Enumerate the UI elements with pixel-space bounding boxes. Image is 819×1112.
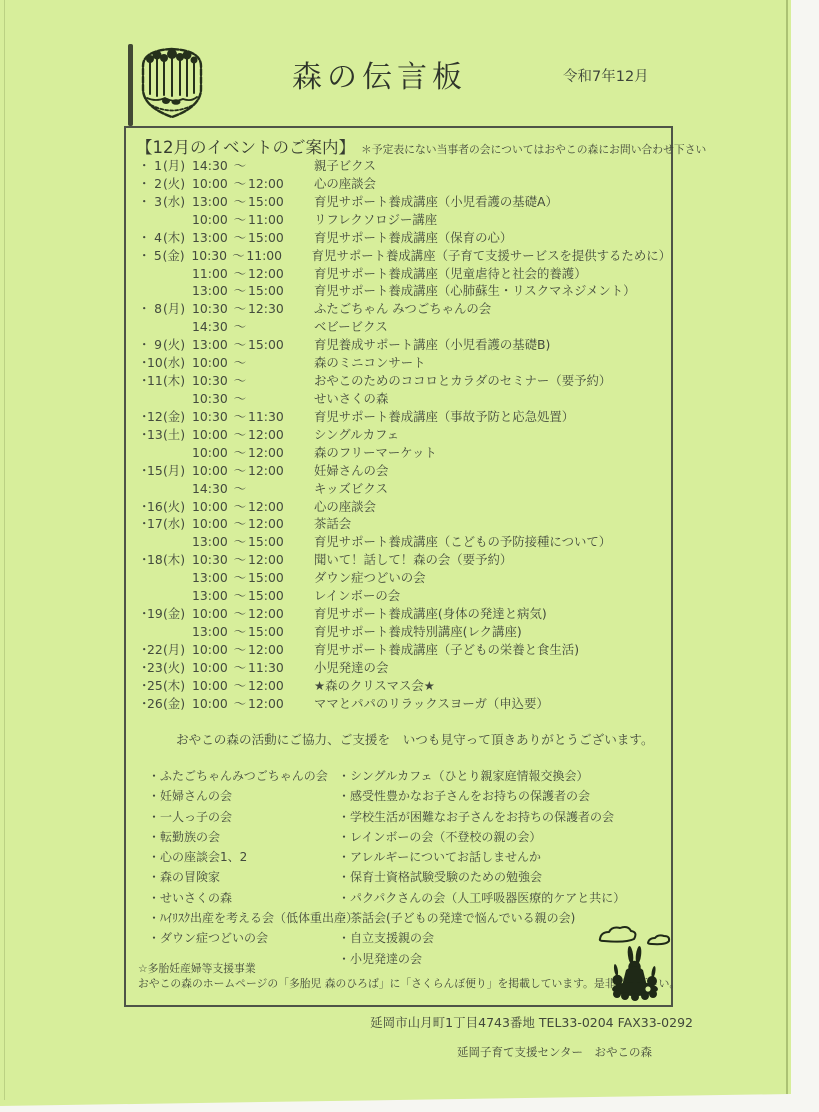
row-tilde: ～ [231, 247, 247, 265]
row-day: 5 [147, 247, 162, 265]
row-event-title: 森のフリーマーケット [314, 444, 437, 462]
schedule-row: ・22(月)10:00～12:00育児サポート養成講座（子どもの栄養と食生活) [126, 641, 671, 659]
row-day: 8 [147, 300, 162, 318]
row-end-time: 12:00 [248, 498, 288, 516]
row-weekday: (火) [162, 498, 186, 516]
row-event-title: 育児サポート養成講座（子育て支援サービスを提供するために） [312, 247, 671, 265]
row-end-time: 15:00 [248, 193, 288, 211]
row-bullet: ・ [138, 336, 147, 354]
row-event-title: 心の座談会 [314, 498, 376, 516]
row-tilde: ～ [232, 175, 248, 193]
row-end-time: 12:00 [248, 462, 288, 480]
row-event-title: せいさくの森 [314, 390, 388, 408]
row-tilde: ～ [232, 695, 248, 713]
row-day: 23 [147, 659, 162, 677]
row-event-title: 育児サポート養成講座（こどもの予防接種について） [314, 533, 611, 551]
schedule-row: 13:00～15:00レインボーの会 [126, 587, 671, 605]
row-day: 1 [147, 157, 162, 175]
scan-artifact-streak [128, 44, 133, 126]
row-tilde: ～ [232, 605, 248, 623]
group-item: ・自立支援親の会 [338, 928, 625, 948]
row-tilde: ～ [232, 157, 248, 175]
row-event-title: 育児サポート養成講座（心肺蘇生・リスクマネジメント） [314, 282, 636, 300]
group-item: ・ﾊｲﾘｽｸ出産を考える会（低体重出産） [148, 908, 358, 928]
paper-right-edge [786, 0, 788, 1094]
schedule-row: 13:00～15:00育児サポート養成特別講座(レク講座) [126, 623, 671, 641]
row-event-title: ベビービクス [314, 318, 388, 336]
schedule-row: ・26(金)10:00～12:00ママとパパのリラックスヨーガ（申込要） [126, 695, 671, 713]
row-event-title: 心の座談会 [314, 175, 376, 193]
row-tilde: ～ [232, 641, 248, 659]
row-event-title: 聞いて！話して！森の会（要予約） [314, 551, 512, 569]
row-day: 10 [147, 354, 162, 372]
row-day: 22 [147, 641, 162, 659]
row-start-time: 13:00 [192, 336, 232, 354]
row-end-time: 15:00 [248, 336, 288, 354]
group-list-right: ・シングルカフェ（ひとり親家庭情報交換会）・感受性豊かなお子さんをお持ちの保護者… [338, 766, 625, 969]
row-weekday: (土) [162, 426, 186, 444]
row-tilde: ～ [232, 659, 248, 677]
row-start-time: 10:00 [192, 175, 232, 193]
row-event-title: 育児サポート養成講座（小児看護の基礎A） [314, 193, 558, 211]
row-weekday: (水) [162, 193, 186, 211]
row-end-time: 12:00 [248, 426, 288, 444]
schedule-row: ・18(木)10:30～12:00聞いて！話して！森の会（要予約） [126, 551, 671, 569]
row-tilde: ～ [232, 515, 248, 533]
schedule-row: ・8(月)10:30～12:30ふたごちゃん みつごちゃんの会 [126, 300, 671, 318]
row-start-time: 10:00 [192, 605, 232, 623]
row-bullet: ・ [138, 605, 147, 623]
issue-date: 令和7年12月 [563, 65, 649, 86]
row-weekday: (金) [162, 408, 186, 426]
schedule-row: 10:00～11:00リフレクソロジー講座 [126, 211, 671, 229]
group-item: ・感受性豊かなお子さんをお持ちの保護者の会 [338, 786, 625, 806]
schedule-row: ・15(月)10:00～12:00妊婦さんの会 [126, 462, 671, 480]
row-weekday: (金) [162, 605, 186, 623]
schedule-row: ・16(火)10:00～12:00心の座談会 [126, 498, 671, 516]
row-bullet: ・ [138, 498, 147, 516]
row-end-time: 11:30 [248, 659, 288, 677]
row-event-title: ママとパパのリラックスヨーガ（申込要） [314, 695, 549, 713]
row-bullet: ・ [138, 515, 147, 533]
row-end-time: 12:00 [248, 515, 288, 533]
row-weekday: (火) [162, 336, 186, 354]
row-day: 15 [147, 462, 162, 480]
group-item: ・妊婦さんの会 [148, 786, 358, 806]
row-start-time: 10:30 [191, 247, 230, 265]
row-event-title: キッズビクス [314, 480, 388, 498]
row-bullet: ・ [138, 551, 147, 569]
row-day: 9 [147, 336, 162, 354]
row-tilde: ～ [232, 336, 248, 354]
row-start-time: 10:00 [192, 444, 232, 462]
schedule-row: ・23(火)10:00～11:30小児発達の会 [126, 659, 671, 677]
row-weekday: (木) [162, 677, 186, 695]
event-schedule-box: 【12月のイベントのご案内】＊予定表にない当事者の会についてはおやこの森にお問い… [124, 126, 673, 1007]
row-start-time: 14:30 [192, 318, 232, 336]
row-event-title: ふたごちゃん みつごちゃんの会 [314, 300, 491, 318]
row-tilde: ～ [232, 390, 248, 408]
row-weekday: (月) [162, 157, 186, 175]
row-tilde: ～ [232, 211, 248, 229]
row-day: 26 [147, 695, 162, 713]
row-tilde: ～ [232, 282, 248, 300]
row-bullet: ・ [138, 300, 147, 318]
row-day: 2 [147, 175, 162, 193]
row-event-title: レインボーの会 [314, 587, 400, 605]
group-item: ・ダウン症つどいの会 [148, 928, 358, 948]
schedule-row: ・25(木)10:00～12:00★森のクリスマス会★ [126, 677, 671, 695]
schedule-row: ・4(木)13:00～15:00育児サポート養成講座（保育の心） [126, 229, 671, 247]
row-weekday: (月) [162, 300, 186, 318]
row-tilde: ～ [232, 569, 248, 587]
row-event-title: 親子ビクス [314, 157, 376, 175]
schedule-row: ・10(水)10:00～森のミニコンサート [126, 354, 671, 372]
row-end-time: 15:00 [248, 623, 288, 641]
row-start-time: 10:00 [192, 677, 232, 695]
row-bullet: ・ [138, 659, 147, 677]
row-end-time: 12:00 [248, 444, 288, 462]
schedule-row: ・3(水)13:00～15:00育児サポート養成講座（小児看護の基礎A） [126, 193, 671, 211]
row-bullet: ・ [138, 408, 147, 426]
schedule-row: ・2(火)10:00～12:00心の座談会 [126, 175, 671, 193]
row-event-title: ダウン症つどいの会 [314, 569, 426, 587]
schedule-row: ・13(土)10:00～12:00シングルカフェ [126, 426, 671, 444]
row-start-time: 10:00 [192, 462, 232, 480]
row-bullet: ・ [138, 695, 147, 713]
row-event-title: ★森のクリスマス会★ [314, 677, 435, 695]
row-start-time: 10:00 [192, 354, 232, 372]
row-weekday: (水) [162, 354, 186, 372]
group-item: ・せいさくの森 [148, 888, 358, 908]
group-item: ・レインボーの会（不登校の親の会） [338, 827, 625, 847]
row-start-time: 13:00 [192, 229, 232, 247]
schedule-row: 11:00～12:00育児サポート養成講座（児童虐待と社会的養護） [126, 265, 671, 283]
row-bullet: ・ [138, 641, 147, 659]
row-end-time: 12:00 [248, 641, 288, 659]
row-end-time: 12:00 [248, 551, 288, 569]
schedule-header: 【12月のイベントのご案内】＊予定表にない当事者の会についてはおやこの森にお問い… [136, 134, 706, 158]
row-end-time: 12:00 [248, 175, 288, 193]
schedule-row: ・12(金)10:30～11:30育児サポート養成講座（事故予防と応急処置） [126, 408, 671, 426]
row-start-time: 13:00 [192, 533, 232, 551]
row-bullet: ・ [138, 354, 147, 372]
group-item: ・茶話会(子どもの発達で悩んでいる親の会) [338, 908, 625, 928]
schedule-row: ・5(金)10:30～11:00育児サポート養成講座（子育て支援サービスを提供す… [126, 247, 671, 265]
schedule-row: 14:30～キッズビクス [126, 480, 671, 498]
row-start-time: 14:30 [192, 157, 232, 175]
row-end-time: 15:00 [248, 282, 288, 300]
row-event-title: シングルカフェ [314, 426, 399, 444]
schedule-row: 10:00～12:00森のフリーマーケット [126, 444, 671, 462]
row-day: 11 [147, 372, 162, 390]
group-item: ・学校生活が困難なお子さんをお持ちの保護者の会 [338, 807, 625, 827]
row-weekday: (木) [162, 229, 186, 247]
row-tilde: ～ [232, 462, 248, 480]
row-start-time: 10:00 [192, 641, 232, 659]
row-weekday: (木) [162, 551, 186, 569]
row-day: 3 [147, 193, 162, 211]
row-start-time: 14:30 [192, 480, 232, 498]
row-tilde: ～ [232, 408, 248, 426]
row-day: 16 [147, 498, 162, 516]
page-title: 森の伝言板 [292, 52, 467, 96]
group-item: ・シングルカフェ（ひとり親家庭情報交換会） [338, 766, 625, 786]
row-event-title: 妊婦さんの会 [314, 462, 388, 480]
row-tilde: ～ [232, 623, 248, 641]
row-event-title: リフレクソロジー講座 [314, 211, 437, 229]
row-end-time: 15:00 [248, 569, 288, 587]
schedule-row: ・11(木)10:30～おやこのためのココロとカラダのセミナー（要予約） [126, 372, 671, 390]
group-item: ・転勤族の会 [148, 827, 358, 847]
row-bullet: ・ [138, 462, 147, 480]
row-start-time: 10:00 [192, 426, 232, 444]
row-tilde: ～ [232, 498, 248, 516]
row-event-title: 育児養成サポート講座（小児看護の基礎B) [314, 336, 550, 354]
row-weekday: (水) [162, 515, 186, 533]
row-event-title: 森のミニコンサート [314, 354, 426, 372]
row-event-title: 育児サポート養成講座（子どもの栄養と食生活) [314, 641, 579, 659]
row-event-title: 育児サポート養成講座（保育の心） [314, 229, 512, 247]
scanned-paper: 森の伝言板 令和7年12月 【12月のイベントのご案内】＊予定表にない当事者の会… [0, 0, 791, 1112]
row-start-time: 13:00 [192, 587, 232, 605]
row-end-time: 15:00 [248, 587, 288, 605]
schedule-row: 13:00～15:00育児サポート養成講座（心肺蘇生・リスクマネジメント） [126, 282, 671, 300]
row-event-title: 育児サポート養成特別講座(レク講座) [314, 623, 522, 641]
row-start-time: 13:00 [192, 193, 232, 211]
row-start-time: 10:30 [192, 300, 232, 318]
row-bullet: ・ [138, 175, 147, 193]
row-end-time: 15:00 [248, 229, 288, 247]
group-item: ・パクパクさんの会（人工呼吸器医療的ケアと共に） [338, 888, 625, 908]
row-day: 17 [147, 515, 162, 533]
row-weekday: (火) [162, 175, 186, 193]
row-day: 18 [147, 551, 162, 569]
row-tilde: ～ [232, 300, 248, 318]
row-start-time: 10:30 [192, 390, 232, 408]
row-bullet: ・ [138, 426, 147, 444]
row-tilde: ～ [232, 354, 248, 372]
row-start-time: 10:00 [192, 659, 232, 677]
row-event-title: 育児サポート養成講座（事故予防と応急処置） [314, 408, 574, 426]
row-start-time: 11:00 [192, 265, 232, 283]
footer-address: 延岡市山月町1丁目4743番地 TEL33-0204 FAX33-0292 [0, 1013, 693, 1031]
schedule-heading: 【12月のイベントのご案内】 [136, 138, 355, 157]
row-end-time: 15:00 [248, 533, 288, 551]
row-tilde: ～ [232, 318, 248, 336]
row-end-time: 11:00 [248, 211, 288, 229]
row-end-time: 11:30 [248, 408, 288, 426]
row-start-time: 13:00 [192, 569, 232, 587]
row-start-time: 10:00 [192, 498, 232, 516]
rabbit-stamp-icon [592, 922, 678, 1004]
row-bullet: ・ [138, 677, 147, 695]
group-list-left: ・ふたごちゃんみつごちゃんの会・妊婦さんの会・一人っ子の会・転勤族の会・心の座談… [148, 766, 358, 949]
row-weekday: (月) [162, 641, 186, 659]
row-event-title: 育児サポート養成講座(身体の発達と病気) [314, 605, 547, 623]
row-tilde: ～ [232, 372, 248, 390]
row-day: 19 [147, 605, 162, 623]
schedule-row: ・9(火)13:00～15:00育児養成サポート講座（小児看護の基礎B) [126, 336, 671, 354]
row-start-time: 10:30 [192, 408, 232, 426]
row-tilde: ～ [232, 551, 248, 569]
row-tilde: ～ [232, 229, 248, 247]
row-start-time: 10:00 [192, 515, 232, 533]
row-weekday: (木) [162, 372, 186, 390]
schedule-row: ・19(金)10:00～12:00育児サポート養成講座(身体の発達と病気) [126, 605, 671, 623]
footer-organization: 延岡子育て支援センター おやこの森 [0, 1044, 652, 1060]
row-weekday: (金) [162, 695, 186, 713]
row-start-time: 10:00 [192, 695, 232, 713]
row-start-time: 13:00 [192, 282, 232, 300]
group-item: ・アレルギーについてお話しませんか [338, 847, 625, 867]
scan-edge-line [4, 0, 5, 1100]
row-end-time: 11:00 [246, 247, 285, 265]
row-tilde: ～ [232, 193, 248, 211]
schedule-row: ・17(水)10:00～12:00茶話会 [126, 515, 671, 533]
thanks-message: おやこの森の活動にご協力、ご支援を いつも見守って頂きありがとうございます。 [176, 729, 654, 748]
row-tilde: ～ [232, 533, 248, 551]
schedule-row: 10:30～せいさくの森 [126, 390, 671, 408]
row-start-time: 10:30 [192, 372, 232, 390]
row-day: 13 [147, 426, 162, 444]
row-day: 4 [147, 229, 162, 247]
row-start-time: 13:00 [192, 623, 232, 641]
group-item: ・保育士資格試験受験のための勉強会 [338, 867, 625, 887]
row-event-title: 茶話会 [314, 515, 351, 533]
row-end-time: 12:00 [248, 265, 288, 283]
row-tilde: ～ [232, 587, 248, 605]
row-end-time: 12:00 [248, 605, 288, 623]
schedule-row: 13:00～15:00育児サポート養成講座（こどもの予防接種について） [126, 533, 671, 551]
row-end-time: 12:30 [248, 300, 288, 318]
row-bullet: ・ [138, 247, 147, 265]
schedule-rows: ・1(月)14:30～親子ビクス・2(火)10:00～12:00心の座談会・3(… [126, 157, 671, 713]
row-tilde: ～ [232, 426, 248, 444]
row-end-time: 12:00 [248, 695, 288, 713]
row-weekday: (金) [162, 247, 186, 265]
row-tilde: ～ [232, 444, 248, 462]
group-item: ・ふたごちゃんみつごちゃんの会 [148, 766, 358, 786]
row-day: 12 [147, 408, 162, 426]
row-event-title: おやこのためのココロとカラダのセミナー（要予約） [314, 372, 611, 390]
row-tilde: ～ [232, 480, 248, 498]
row-bullet: ・ [138, 229, 147, 247]
group-item: ・森の冒険家 [148, 867, 358, 887]
row-weekday: (火) [162, 659, 186, 677]
row-tilde: ～ [232, 265, 248, 283]
group-item: ・心の座談会1、2 [148, 847, 358, 867]
row-start-time: 10:30 [192, 551, 232, 569]
forest-stamp-icon [136, 46, 208, 120]
row-weekday: (月) [162, 462, 186, 480]
row-event-title: 育児サポート養成講座（児童虐待と社会的養護） [314, 265, 587, 283]
row-bullet: ・ [138, 372, 147, 390]
group-item: ・一人っ子の会 [148, 807, 358, 827]
row-tilde: ～ [232, 677, 248, 695]
schedule-row: 14:30～ベビービクス [126, 318, 671, 336]
schedule-row: 13:00～15:00ダウン症つどいの会 [126, 569, 671, 587]
row-start-time: 10:00 [192, 211, 232, 229]
row-bullet: ・ [138, 157, 147, 175]
row-end-time: 12:00 [248, 677, 288, 695]
row-event-title: 小児発達の会 [314, 659, 388, 677]
row-day: 25 [147, 677, 162, 695]
row-bullet: ・ [138, 193, 147, 211]
schedule-note: ＊予定表にない当事者の会についてはおやこの森にお問い合わせ下さい [361, 143, 706, 156]
schedule-row: ・1(月)14:30～親子ビクス [126, 157, 671, 175]
